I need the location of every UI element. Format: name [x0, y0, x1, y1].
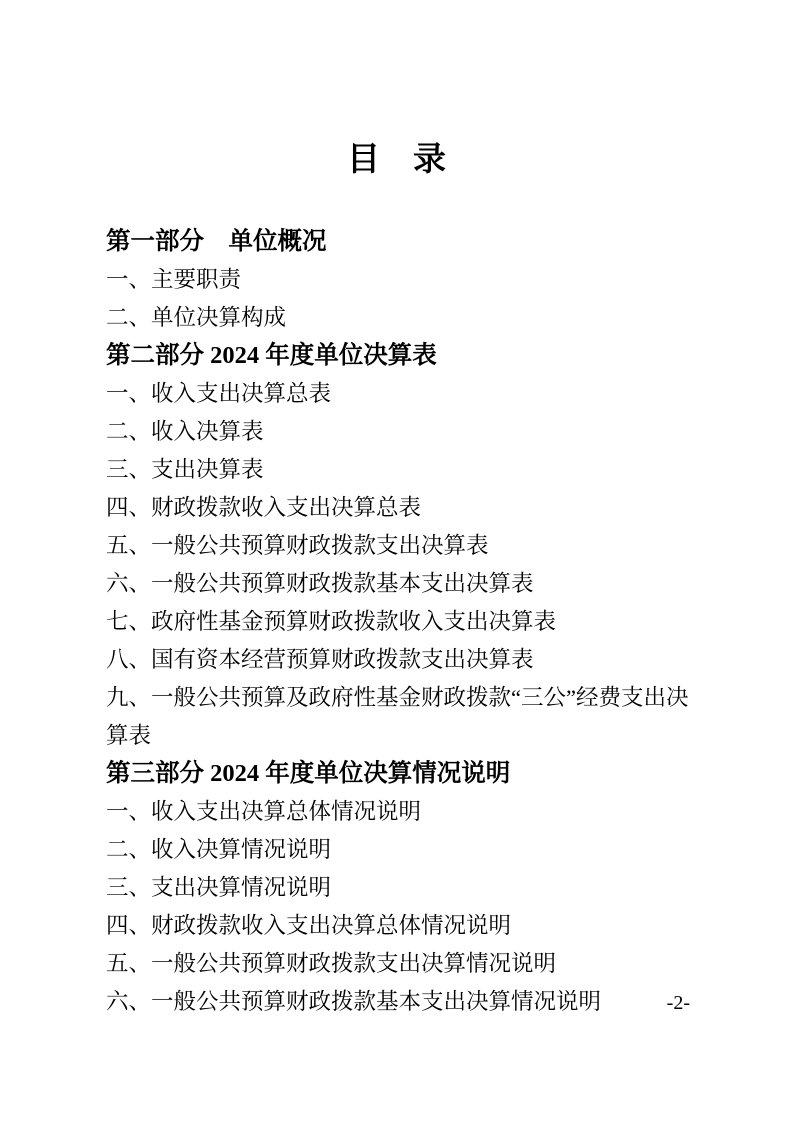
toc-item: 四、财政拨款收入支出决算总表	[106, 489, 690, 527]
toc-section-2-heading: 第二部分 2024 年度单位决算表	[106, 337, 690, 375]
toc-item: 二、收入决算表	[106, 413, 690, 451]
page-title: 目 录	[0, 138, 793, 182]
toc-item: 一、主要职责	[106, 261, 690, 299]
toc-item: 一、收入支出决算总表	[106, 375, 690, 413]
toc-item: 五、一般公共预算财政拨款支出决算表	[106, 527, 690, 565]
toc-item: 三、支出决算情况说明	[106, 869, 690, 907]
toc-section-1-heading: 第一部分 单位概况	[106, 223, 690, 261]
toc-item: 三、支出决算表	[106, 451, 690, 489]
page-number: -2-	[667, 991, 690, 1015]
toc-item: 四、财政拨款收入支出决算总体情况说明	[106, 907, 690, 945]
toc-item: 九、一般公共预算及政府性基金财政拨款“三公”经费支出决算表	[106, 679, 690, 755]
toc-item: 七、政府性基金预算财政拨款收入支出决算表	[106, 603, 690, 641]
toc-item: 六、一般公共预算财政拨款基本支出决算情况说明	[106, 983, 690, 1021]
toc-section-3-heading: 第三部分 2024 年度单位决算情况说明	[106, 755, 690, 793]
toc-item: 八、国有资本经营预算财政拨款支出决算表	[106, 641, 690, 679]
toc-item: 六、一般公共预算财政拨款基本支出决算表	[106, 565, 690, 603]
toc-item: 二、单位决算构成	[106, 299, 690, 337]
toc-item: 五、一般公共预算财政拨款支出决算情况说明	[106, 945, 690, 983]
table-of-contents: 第一部分 单位概况 一、主要职责 二、单位决算构成 第二部分 2024 年度单位…	[106, 223, 690, 1021]
toc-item: 二、收入决算情况说明	[106, 831, 690, 869]
toc-item: 一、收入支出决算总体情况说明	[106, 793, 690, 831]
document-page: 目 录 第一部分 单位概况 一、主要职责 二、单位决算构成 第二部分 2024 …	[0, 0, 793, 1122]
